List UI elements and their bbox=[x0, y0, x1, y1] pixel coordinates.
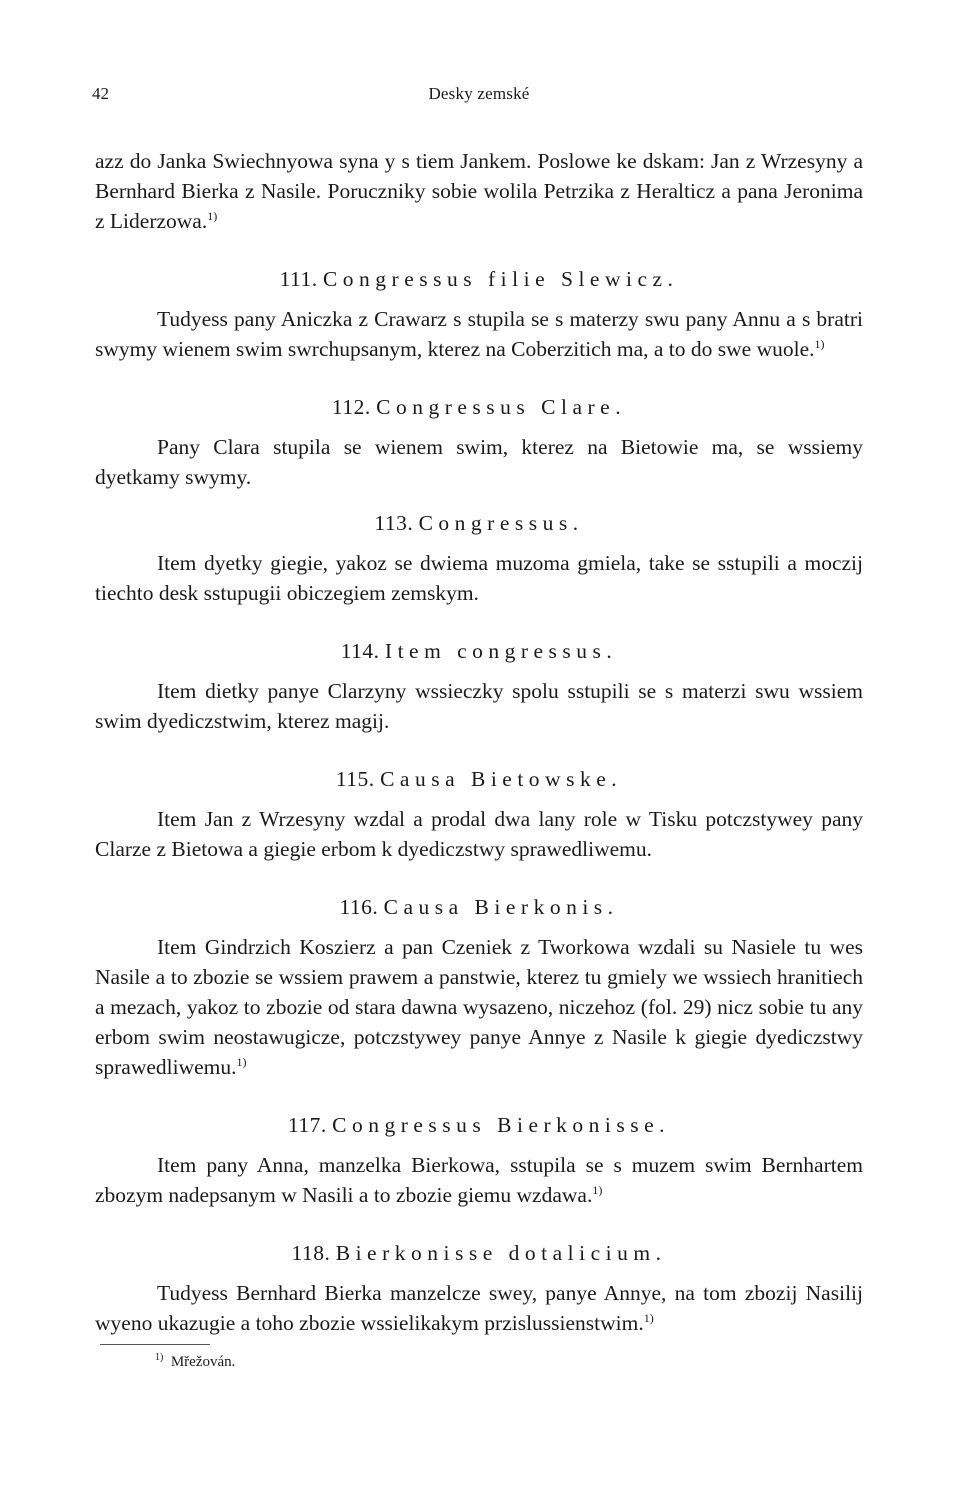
paragraph-text: Tudyess pany Aniczka z Crawarz s stupila… bbox=[95, 307, 863, 361]
entry-title: Congressus. bbox=[419, 511, 584, 535]
entry-title-prefix: Item bbox=[385, 639, 446, 663]
entry-number: 111. bbox=[280, 267, 318, 291]
entry-heading-113: 113. Congressus. bbox=[95, 508, 863, 538]
footnote: 1) Mřežován. bbox=[95, 1351, 863, 1373]
paragraph-text: Item Gindrzich Koszierz a pan Czeniek z … bbox=[95, 935, 863, 1079]
entry-title: Causa Bietowske. bbox=[380, 767, 622, 791]
entry-number: 113. bbox=[374, 511, 413, 535]
entry-title: Congressus Bierkonisse. bbox=[332, 1113, 670, 1137]
entry-paragraph-112: Pany Clara stupila se wienem swim, ktere… bbox=[95, 432, 863, 492]
footnote-text: Mřežován. bbox=[171, 1354, 236, 1370]
entry-title: Causa Bierkonis. bbox=[384, 895, 619, 919]
entry-paragraph-113: Item dyetky giegie, yakoz se dwiema muzo… bbox=[95, 548, 863, 608]
entry-number: 114. bbox=[341, 639, 380, 663]
footnote-ref: 1) bbox=[814, 337, 824, 351]
entry-paragraph-115: Item Jan z Wrzesyny wzdal a prodal dwa l… bbox=[95, 804, 863, 864]
entry-title: Bierkonisse dotalicium. bbox=[336, 1241, 667, 1265]
entry-heading-114: 114. Item congressus. bbox=[95, 636, 863, 666]
entry-paragraph-116: Item Gindrzich Koszierz a pan Czeniek z … bbox=[95, 932, 863, 1082]
footnote-marker: 1) bbox=[155, 1352, 163, 1363]
paragraph-text: Item dyetky giegie, yakoz se dwiema muzo… bbox=[95, 551, 863, 605]
entry-number: 116. bbox=[339, 895, 378, 919]
entry-paragraph-118: Tudyess Bernhard Bierka manzelcze swey, … bbox=[95, 1278, 863, 1338]
entry-paragraph-117: Item pany Anna, manzelka Bierkowa, sstup… bbox=[95, 1150, 863, 1210]
paragraph-text: Item pany Anna, manzelka Bierkowa, sstup… bbox=[95, 1153, 863, 1207]
entry-number: 112. bbox=[332, 395, 371, 419]
entry-heading-117: 117. Congressus Bierkonisse. bbox=[95, 1110, 863, 1140]
paragraph-text: Tudyess Bernhard Bierka manzelcze swey, … bbox=[95, 1281, 863, 1335]
footnote-ref: 1) bbox=[592, 1183, 602, 1197]
entry-number: 115. bbox=[336, 767, 375, 791]
entry-title: congressus. bbox=[457, 639, 617, 663]
entry-heading-111: 111. Congressus filie Slewicz. bbox=[95, 264, 863, 294]
footnote-ref: 1) bbox=[207, 209, 217, 223]
entry-paragraph-111: Tudyess pany Aniczka z Crawarz s stupila… bbox=[95, 304, 863, 364]
entry-paragraph-114: Item dietky panye Clarzyny wssieczky spo… bbox=[95, 676, 863, 736]
entry-heading-116: 116. Causa Bierkonis. bbox=[95, 892, 863, 922]
entry-title: Congressus filie Slewicz. bbox=[323, 267, 678, 291]
paragraph-text: Item dietky panye Clarzyny wssieczky spo… bbox=[95, 679, 863, 733]
footnote-ref: 1) bbox=[237, 1055, 247, 1069]
running-title: Desky zemské bbox=[95, 84, 863, 104]
continuation-paragraph: azz do Janka Swiechnyowa syna y s tiem J… bbox=[95, 146, 863, 236]
body-text: azz do Janka Swiechnyowa syna y s tiem J… bbox=[95, 146, 863, 1373]
entry-number: 118. bbox=[292, 1241, 331, 1265]
running-head: 42 Desky zemské bbox=[95, 84, 863, 108]
footnote-ref: 1) bbox=[644, 1311, 654, 1325]
entry-number: 117. bbox=[288, 1113, 327, 1137]
paragraph-text: Pany Clara stupila se wienem swim, ktere… bbox=[95, 435, 863, 489]
entry-title: Congressus Clare. bbox=[376, 395, 626, 419]
paragraph-text: Item Jan z Wrzesyny wzdal a prodal dwa l… bbox=[95, 807, 863, 861]
entry-heading-112: 112. Congressus Clare. bbox=[95, 392, 863, 422]
entry-heading-118: 118. Bierkonisse dotalicium. bbox=[95, 1238, 863, 1268]
entry-heading-115: 115. Causa Bietowske. bbox=[95, 764, 863, 794]
footnote-divider bbox=[100, 1344, 210, 1345]
